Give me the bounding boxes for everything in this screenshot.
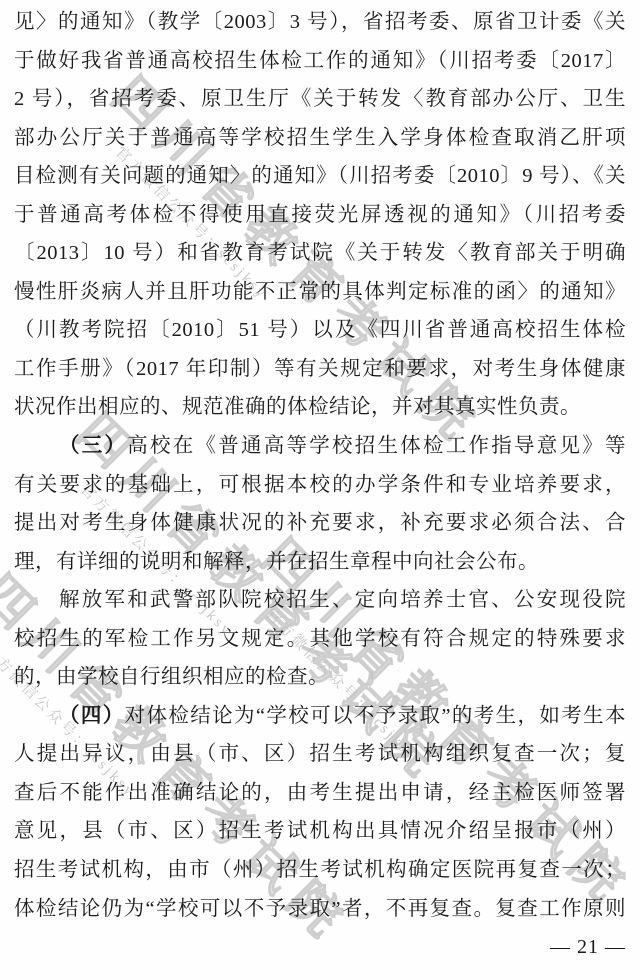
text-line: 部办公厅关于普通高等学校招生学生入学身体检查取消乙肝项 [14,119,626,158]
text-line-content: 体检结论仍为“学校可以不予录取”者，不再复查。复查工作原则 [14,898,626,920]
text-line-content: （川教考院招〔2010〕51 号）以及《四川省普通高校招生体检 [14,319,626,341]
text-line-content: 人提出异议，由县（市、区）招生考试机构组织复查一次；复 [14,743,626,765]
text-line: 人提出异议，由县（市、区）招生考试机构组织复查一次；复 [14,735,626,774]
text-line-content: 〔2013〕10 号）和省教育考试院《关于转发〈教育部关于明确 [14,242,626,264]
text-line: 解放军和武警部队院校招生、定向培养士官、公安现役院 [14,581,626,620]
text-line: 招生考试机构，由市（州）招生考试机构确定医院再复查一次； [14,851,626,890]
text-line: 的，由学校自行组织相应的检查。 [14,658,626,697]
text-line-content: 的，由学校自行组织相应的检查。 [14,666,329,688]
text-line: 于做好我省普通高校招生体检工作的通知》（川招考委〔2017〕 [14,42,626,81]
text-line: 〔2013〕10 号）和省教育考试院《关于转发〈教育部关于明确 [14,234,626,273]
text-line: 提出对考生身体健康状况的补充要求，补充要求必须合法、合 [14,504,626,543]
text-line-content: 对体检结论为“学校可以不予录取”的考生，如考生本 [125,705,626,727]
text-line-content: 于普通高考体检不得使用直接荧光屏透视的通知》（川招考委 [14,204,626,226]
text-line: 理，有详细的说明和解释，并在招生章程中向社会公布。 [14,543,626,582]
text-line: （川教考院招〔2010〕51 号）以及《四川省普通高校招生体检 [14,311,626,350]
text-line: （三）高校在《普通高等学校招生体检工作指导意见》等 [14,427,626,466]
text-line-content: 理，有详细的说明和解释，并在招生章程中向社会公布。 [14,551,539,573]
text-line-content: 查后不能作出准确结论的，由考生提出申请，经主检医师签署 [14,782,626,804]
text-line: 校招生的军检工作另文规定。其他学校有符合规定的特殊要求 [14,620,626,659]
document-body: 见〉的通知》（教学〔2003〕3 号），省招考委、原省卫计委《关于做好我省普通高… [14,3,626,928]
text-line: 于普通高考体检不得使用直接荧光屏透视的通知》（川招考委 [14,196,626,235]
text-line-content: 高校在《普通高等学校招生体检工作指导意见》等 [127,435,626,457]
text-line-content: 状况作出相应的、规范准确的体检结论，并对其真实性负责。 [14,396,581,418]
text-line: 意见，县（市、区）招生考试机构出具情况介绍呈报市（州） [14,812,626,851]
text-line-content: 提出对考生身体健康状况的补充要求，补充要求必须合法、合 [14,512,626,534]
text-line: 查后不能作出准确结论的，由考生提出申请，经主检医师签署 [14,774,626,813]
text-line: 目检测有关问题的通知〉的通知》（川招考委〔2010〕9 号）、《关 [14,157,626,196]
text-line-content: 解放军和武警部队院校招生、定向培养士官、公安现役院 [59,589,626,611]
text-line: 2 号），省招考委、原卫生厅《关于转发〈教育部办公厅、卫生 [14,80,626,119]
text-line-content: 校招生的军检工作另文规定。其他学校有符合规定的特殊要求 [14,628,626,650]
text-line-content: 2 号），省招考委、原卫生厅《关于转发〈教育部办公厅、卫生 [14,88,626,110]
text-line: 体检结论仍为“学校可以不予录取”者，不再复查。复查工作原则 [14,890,626,929]
text-line-content: 意见，县（市、区）招生考试机构出具情况介绍呈报市（州） [14,820,626,842]
text-line-content: 有关要求的基础上，可根据本校的办学条件和专业培养要求， [14,474,626,496]
text-line: （四）对体检结论为“学校可以不予录取”的考生，如考生本 [14,697,626,736]
text-line: 工作手册》（2017 年印制）等有关规定和要求，对考生身体健康 [14,350,626,389]
text-line: 状况作出相应的、规范准确的体检结论，并对其真实性负责。 [14,388,626,427]
text-line-content: 慢性肝炎病人并且肝功能不正常的具体判定标准的函〉的通知》 [14,281,626,303]
list-marker: （三） [59,435,127,457]
list-marker: （四） [59,705,125,727]
text-line-content: 工作手册》（2017 年印制）等有关规定和要求，对考生身体健康 [14,358,626,380]
document-page: 四川省教育考试院 官方微信公众号：scsjksy 四川省教育考试院 官方微信公众… [0,0,640,980]
page-number: — 21 — [550,936,626,959]
text-line: 有关要求的基础上，可根据本校的办学条件和专业培养要求， [14,466,626,505]
text-line-content: 目检测有关问题的通知〉的通知》（川招考委〔2010〕9 号）、《关 [14,165,626,187]
text-line: 慢性肝炎病人并且肝功能不正常的具体判定标准的函〉的通知》 [14,273,626,312]
text-line-content: 招生考试机构，由市（州）招生考试机构确定医院再复查一次； [14,859,626,881]
text-line-content: 见〉的通知》（教学〔2003〕3 号），省招考委、原省卫计委《关 [14,11,626,33]
text-line-content: 于做好我省普通高校招生体检工作的通知》（川招考委〔2017〕 [14,50,626,72]
text-line: 见〉的通知》（教学〔2003〕3 号），省招考委、原省卫计委《关 [14,3,626,42]
text-line-content: 部办公厅关于普通高等学校招生学生入学身体检查取消乙肝项 [14,127,626,149]
